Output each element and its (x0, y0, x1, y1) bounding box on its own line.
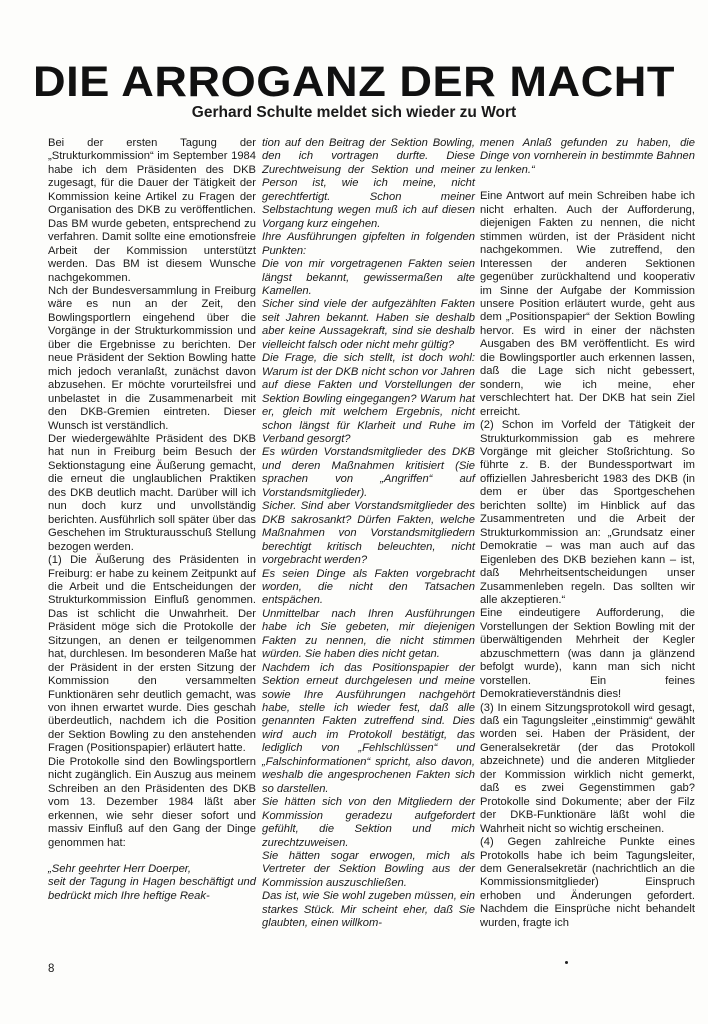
article-column-2: tion auf den Beitrag der Sektion Bowling… (262, 137, 475, 931)
article-column-3: menen Anlaß gefunden zu haben, die Dinge… (480, 137, 695, 930)
letter-paragraph: Es seien Dinge als Fakten vorgebracht wo… (262, 568, 475, 608)
letter-paragraph: seit der Tagung in Hagen beschäftigt und… (48, 876, 256, 903)
headline: DIE ARROGANZ DER MACHT (0, 58, 708, 106)
letter-paragraph: Sie hätten sogar erwogen, mich als Vertr… (262, 850, 475, 890)
paragraph: (2) Schon im Vorfeld der Tätigkeit der S… (480, 419, 695, 607)
paragraph: Eine Antwort auf mein Schreiben habe ich… (480, 190, 695, 419)
paragraph: (4) Gegen zahlreiche Punkte eines Protok… (480, 836, 695, 930)
letter-paragraph: menen Anlaß gefunden zu haben, die Dinge… (480, 137, 695, 177)
letter-paragraph: Sicher sind viele der aufgezählten Fakte… (262, 298, 475, 352)
article-column-1: Bei der ersten Tagung der „Strukturkommi… (48, 137, 256, 903)
page-number: 8 (48, 963, 54, 975)
letter-salutation: „Sehr geehrter Herr Doerper, (48, 863, 256, 876)
paragraph: Bei der ersten Tagung der „Strukturkommi… (48, 137, 256, 285)
paragraph: Nch der Bundesversammlung in Freiburg wä… (48, 285, 256, 433)
letter-paragraph: Nachdem ich das Positionspapier der Sekt… (262, 662, 475, 797)
letter-paragraph: Es würden Vorstandsmitglieder des DKB un… (262, 446, 475, 500)
paragraph: Die Protokolle sind den Bowlingsportlern… (48, 756, 256, 850)
paragraph: (3) In einem Sitzungsprotokoll wird gesa… (480, 702, 695, 837)
letter-paragraph: Sie hätten sich von den Mitgliedern der … (262, 796, 475, 850)
letter-paragraph: Die Frage, die sich stellt, ist doch woh… (262, 352, 475, 446)
letter-paragraph: Sicher. Sind aber Vorstandsmitglieder de… (262, 500, 475, 567)
letter-paragraph: Das ist, wie Sie wohl zugeben müssen, ei… (262, 890, 475, 930)
letter-paragraph: Ihre Ausführungen gipfelten in folgenden… (262, 231, 475, 258)
paragraph: Eine eindeutigere Aufforderung, die Vors… (480, 607, 695, 701)
print-speck (565, 961, 568, 964)
paragraph: (1) Die Äußerung des Präsidenten in Frei… (48, 554, 256, 756)
letter-paragraph: Unmittelbar nach Ihren Ausführungen habe… (262, 608, 475, 662)
paragraph: Der wiedergewählte Präsident des DKB hat… (48, 433, 256, 554)
letter-paragraph: Die von mir vorgetragenen Fakten seien l… (262, 258, 475, 298)
subheadline: Gerhard Schulte meldet sich wieder zu Wo… (0, 104, 708, 122)
letter-paragraph: tion auf den Beitrag der Sektion Bowling… (262, 137, 475, 231)
